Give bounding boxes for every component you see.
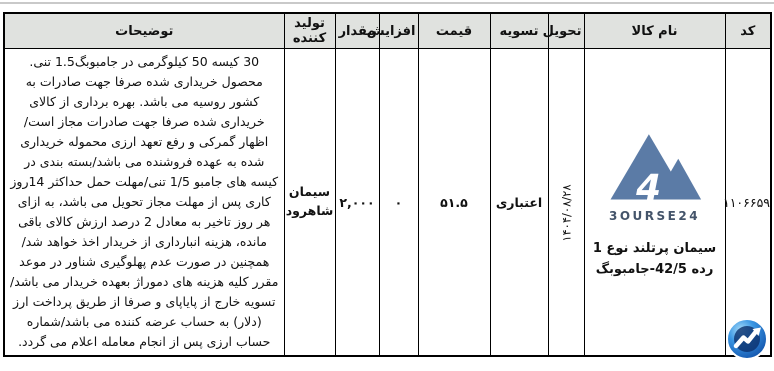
bourse24-logo: 2 4 3OURSE24 (604, 129, 706, 223)
header-row: کد نام کالا تحویل تسویه قیمت افزایش مقدا… (4, 13, 771, 49)
producer-name-line1: سیمان (285, 183, 335, 202)
page: { "table": { "headers": { "code": "کد", … (0, 0, 774, 371)
cell-price: ۵۱.۵ (418, 49, 490, 357)
svg-text:2: 2 (604, 145, 622, 208)
bourse24-wordmark: 3OURSE24 (609, 209, 700, 223)
col-header-name: نام کالا (584, 13, 725, 49)
col-header-price: قیمت (418, 13, 490, 49)
col-header-producer: تولید کننده (284, 13, 335, 49)
bourse24-triangle-icon: 2 4 (604, 129, 706, 213)
bourse24-sphere-arrow-icon (726, 318, 768, 360)
offer-code-value: ۱۱۰۶۶۵۹ (723, 195, 770, 210)
cell-settlement: اعتباری (490, 49, 548, 357)
commodity-offer-table: کد نام کالا تحویل تسویه قیمت افزایش مقدا… (3, 12, 772, 354)
product-name-line1: سیمان پرتلند نوع 1 (593, 239, 716, 260)
product-name: سیمان پرتلند نوع 1 رده 42/5-جامبوبگ (593, 239, 716, 281)
settlement-value: اعتباری (496, 195, 542, 210)
col-header-settlement: تسویه (490, 13, 548, 49)
col-header-increase: افزایش (379, 13, 418, 49)
col-header-delivery: تحویل (548, 13, 584, 49)
cell-product-name: 2 4 3OURSE24 سیمان پرتلند نوع 1 رده 42/5… (584, 49, 725, 357)
product-name-line2: رده 42/5-جامبوبگ (593, 260, 716, 281)
producer-name-line2: شاهرود (285, 202, 335, 221)
quantity-value: ۲,۰۰۰ (339, 195, 374, 210)
col-header-description: توضیحات (4, 13, 284, 49)
top-divider (0, 2, 774, 4)
cell-description: 30 کیسه 50 کیلوگرمی در جامبوبگ1.5 تنی. م… (4, 49, 284, 357)
cell-quantity: ۲,۰۰۰ (335, 49, 379, 357)
increase-value: ۰ (395, 195, 403, 210)
cell-delivery-date: ۱۴۰۴/۰۸/۲۸ (548, 49, 584, 357)
col-header-quantity: مقدار (335, 13, 379, 49)
price-value: ۵۱.۵ (440, 195, 468, 210)
svg-text:4: 4 (635, 168, 661, 209)
delivery-date-value: ۱۴۰۴/۰۸/۲۸ (559, 185, 573, 220)
col-header-code: کد (725, 13, 771, 49)
cell-offer-code: ۱۱۰۶۶۵۹ (725, 49, 771, 357)
description-text: 30 کیسه 50 کیلوگرمی در جامبوبگ1.5 تنی. م… (5, 49, 284, 355)
table-row: ۱۱۰۶۶۵۹ 2 4 3OURSE24 (4, 49, 771, 357)
cell-producer: سیمان شاهرود (284, 49, 335, 357)
cell-increase: ۰ (379, 49, 418, 357)
